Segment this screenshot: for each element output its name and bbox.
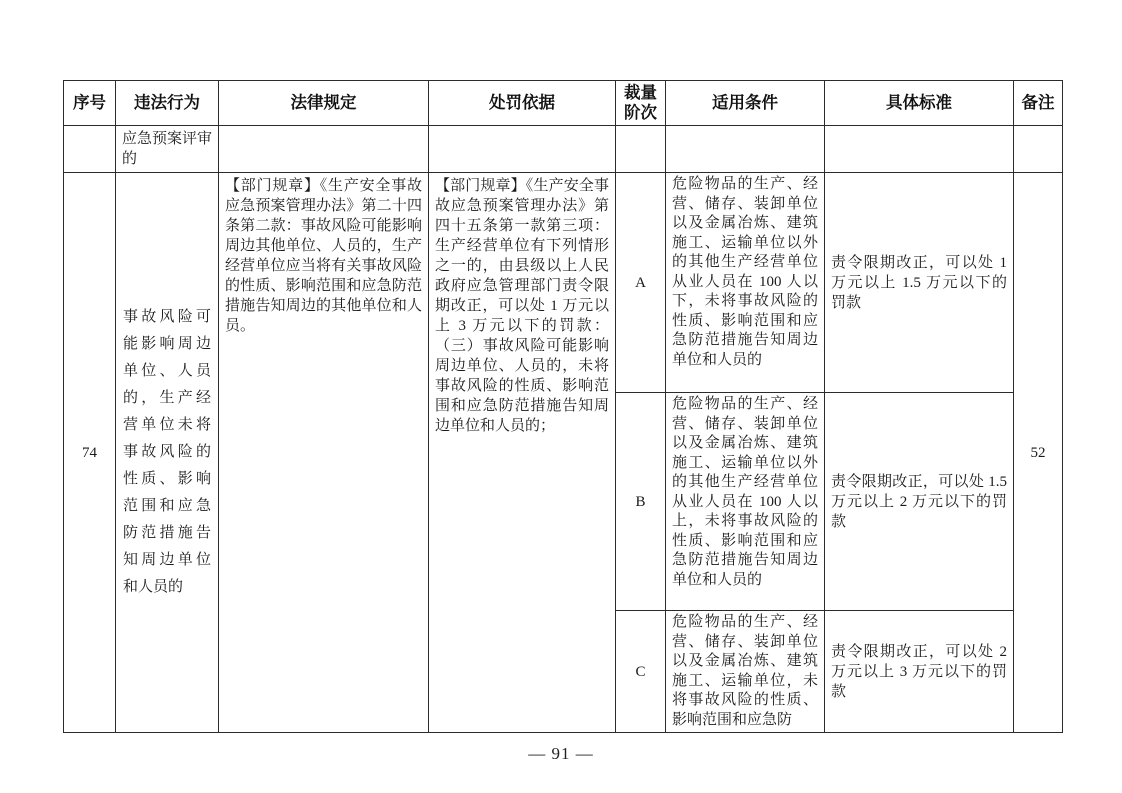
carryover-row: 应急预案评审的 [64, 126, 1063, 173]
penalty-discretion-table: 序号 违法行为 法律规定 处罚依据 裁量阶次 适用条件 具体标准 备注 应急预案… [63, 80, 1063, 733]
empty-cell [616, 126, 666, 173]
header-penalty-basis: 处罚依据 [429, 81, 616, 126]
grade-cell-c: C [616, 611, 666, 733]
header-specific-standard: 具体标准 [825, 81, 1014, 126]
violation-cell: 事故风险可能影响周边单位、人员的，生产经营单位未将事故风险的性质、影响范围和应急… [116, 173, 219, 733]
condition-cell-b: 危险物品的生产、经营、储存、装卸单位以及金属冶炼、建筑施工、运输单位以外的其他生… [666, 393, 825, 611]
header-discretion-grade: 裁量阶次 [616, 81, 666, 126]
page-number: — 91 — [0, 744, 1122, 764]
document-page: { "page": { "footer": "— 91 —" }, "table… [0, 0, 1122, 793]
condition-cell-c: 危险物品的生产、经营、储存、装卸单位以及金属冶炼、建筑施工、运输单位，未将事故风… [666, 611, 825, 733]
header-remark: 备注 [1014, 81, 1063, 126]
header-seq: 序号 [64, 81, 116, 126]
legal-provision-cell: 【部门规章】《生产安全事故应急预案管理办法》第二十四条第二款：事故风险可能影响周… [219, 173, 429, 733]
carryover-violation-cell: 应急预案评审的 [116, 126, 219, 173]
header-legal-provision: 法律规定 [219, 81, 429, 126]
remark-cell: 52 [1014, 173, 1063, 733]
grade-cell-a: A [616, 173, 666, 393]
standard-cell-a: 责令限期改正，可以处 1 万元以上 1.5 万元以下的罚款 [825, 173, 1014, 393]
condition-cell-a: 危险物品的生产、经营、储存、装卸单位以及金属冶炼、建筑施工、运输单位以外的其他生… [666, 173, 825, 393]
standard-cell-c: 责令限期改正，可以处 2 万元以上 3 万元以下的罚款 [825, 611, 1014, 733]
empty-cell [825, 126, 1014, 173]
empty-cell [429, 126, 616, 173]
header-applicable-condition: 适用条件 [666, 81, 825, 126]
tier-row-a: 74 事故风险可能影响周边单位、人员的，生产经营单位未将事故风险的性质、影响范围… [64, 173, 1063, 393]
seq-cell: 74 [64, 173, 116, 733]
standard-cell-b: 责令限期改正，可以处 1.5 万元以上 2 万元以下的罚款 [825, 393, 1014, 611]
empty-cell [219, 126, 429, 173]
header-violation: 违法行为 [116, 81, 219, 126]
empty-cell [1014, 126, 1063, 173]
empty-cell [64, 126, 116, 173]
table-header-row: 序号 违法行为 法律规定 处罚依据 裁量阶次 适用条件 具体标准 备注 [64, 81, 1063, 126]
penalty-basis-cell: 【部门规章】《生产安全事故应急预案管理办法》第四十五条第一款第三项：生产经营单位… [429, 173, 616, 733]
grade-cell-b: B [616, 393, 666, 611]
empty-cell [666, 126, 825, 173]
